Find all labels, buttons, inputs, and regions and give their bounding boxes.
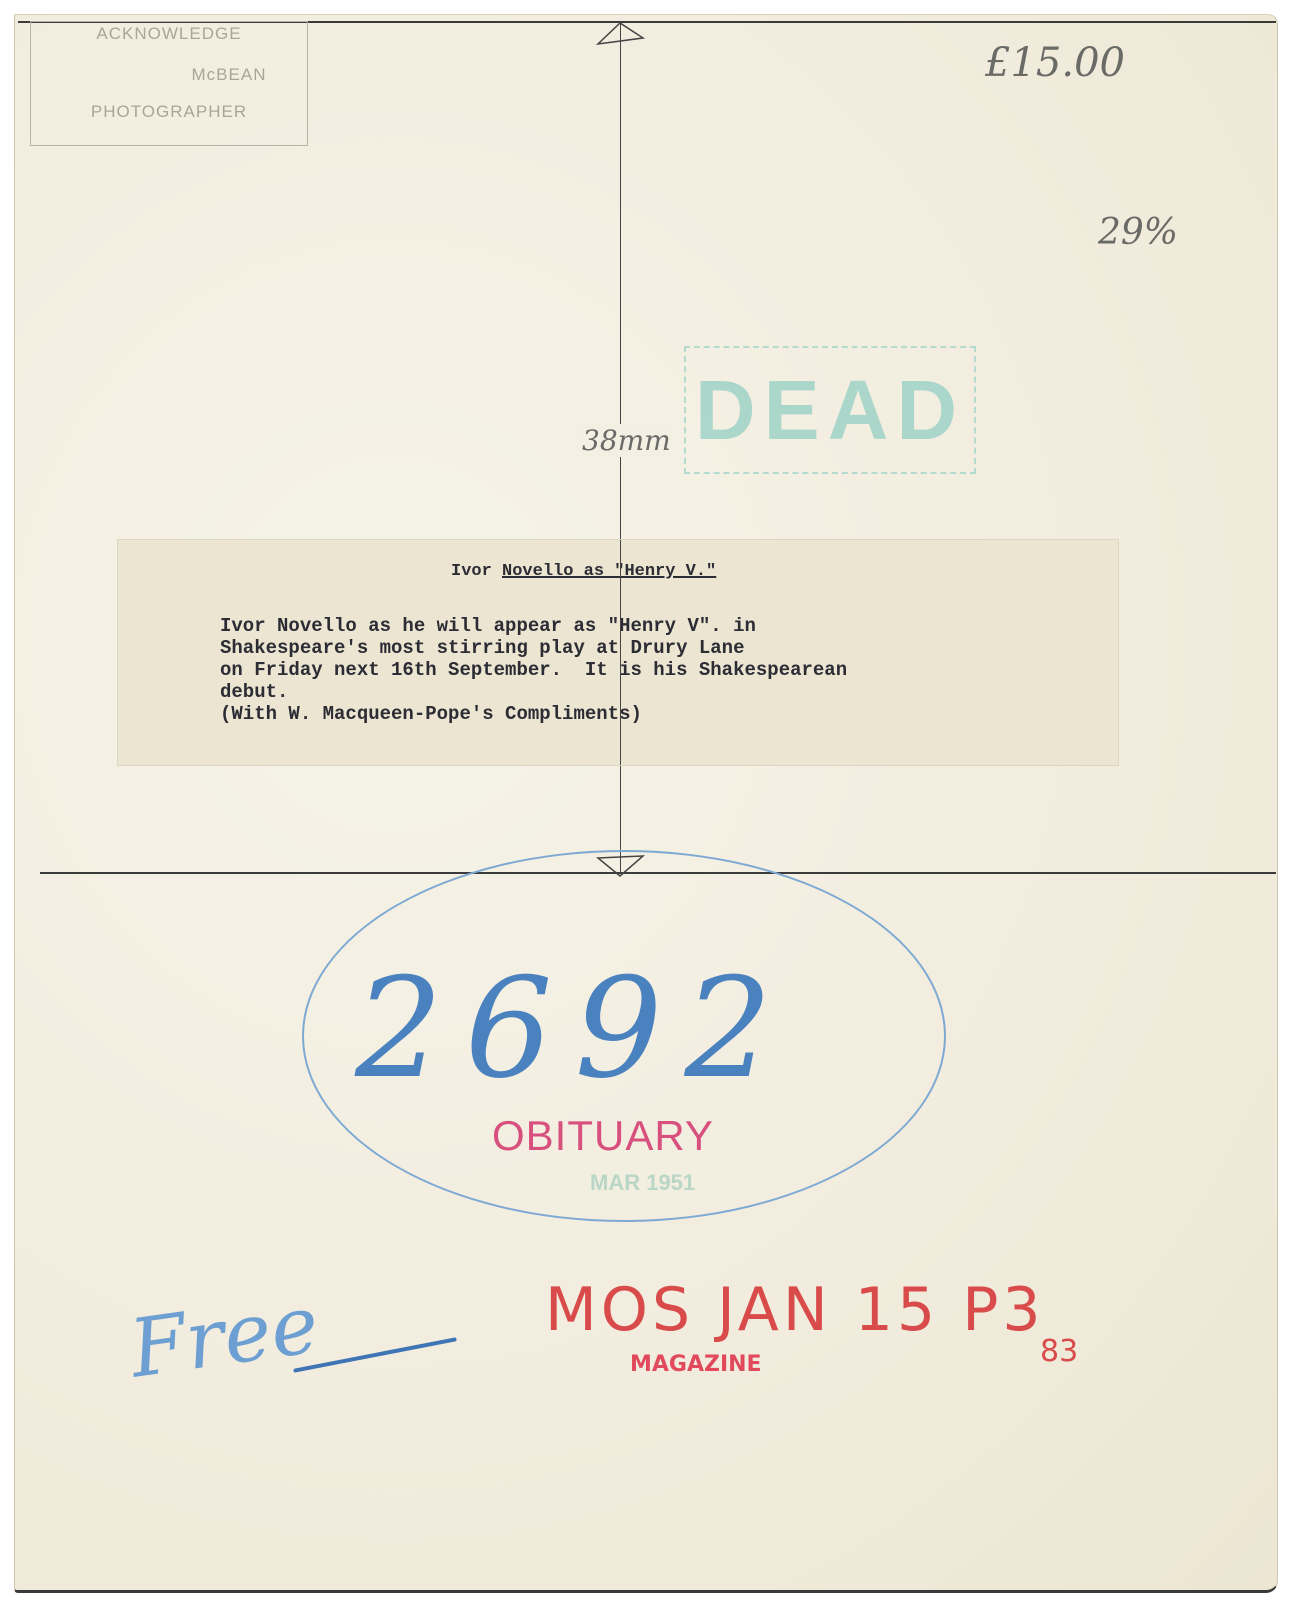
vertical-crop-line-over-slip xyxy=(620,540,621,765)
pencil-price: £15.00 xyxy=(985,40,1125,86)
red-crayon-note: MOS JAN 15 P3 xyxy=(545,1275,1045,1345)
caption-line: Ivor Novello as he will appear as "Henry… xyxy=(220,615,847,637)
file-number: 2692 xyxy=(355,960,794,1098)
red-crayon-year: 83 xyxy=(1040,1334,1078,1369)
date-stamp: MAR 1951 xyxy=(590,1170,695,1196)
caption-line: (With W. Macqueen-Pope's Compliments) xyxy=(220,703,847,725)
caption-line: on Friday next 16th September. It is his… xyxy=(220,659,847,681)
stamp-line-2: McBEAN xyxy=(91,65,367,85)
stamp-line-1: ACKNOWLEDGE xyxy=(31,24,307,44)
caption-line: Shakespeare's most stirring play at Drur… xyxy=(220,637,847,659)
caption-title: Ivor Novello as "Henry V." xyxy=(451,562,716,581)
caption-slip: Ivor Novello as "Henry V." Ivor Novello … xyxy=(118,540,1118,765)
photographer-stamp: ACKNOWLEDGE McBEAN PHOTOGRAPHER xyxy=(30,21,308,146)
stamp-line-3: PHOTOGRAPHER xyxy=(31,102,307,122)
obituary-stamp: OBITUARY xyxy=(492,1112,714,1160)
caption-line: debut. xyxy=(220,681,847,703)
caption-body: Ivor Novello as he will appear as "Henry… xyxy=(220,615,847,725)
pencil-percent: 29% xyxy=(1098,212,1178,253)
top-arrow-icon xyxy=(595,20,647,50)
red-crayon-magazine: MAGAZINE xyxy=(630,1352,762,1377)
dead-stamp: DEAD xyxy=(684,346,976,474)
crop-measurement: 38mm xyxy=(582,424,671,457)
